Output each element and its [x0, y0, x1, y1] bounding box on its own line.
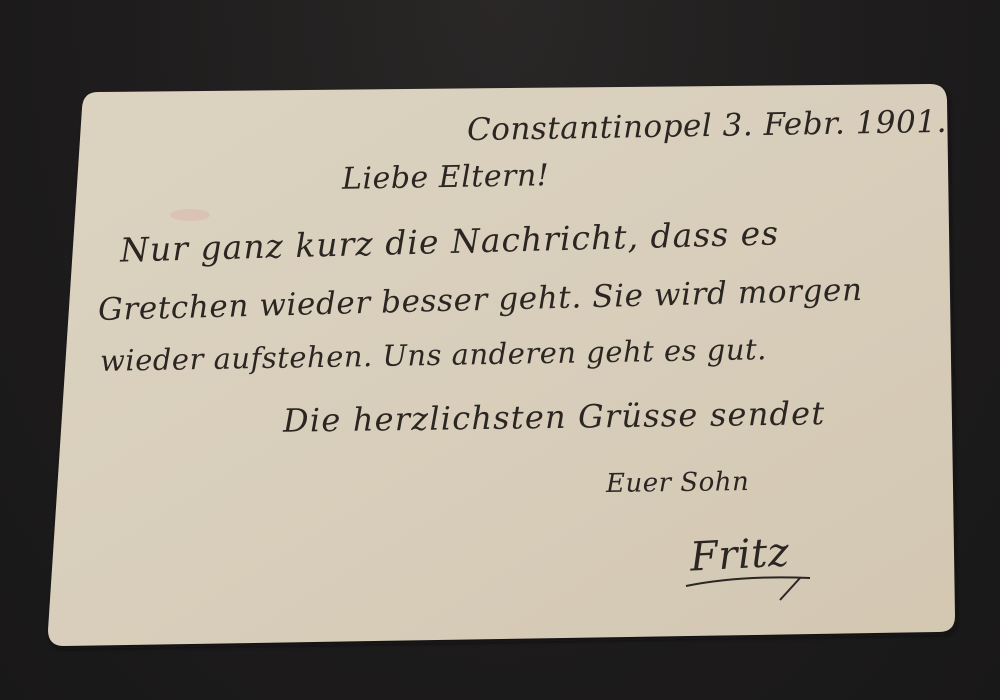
greeting: Liebe Eltern! [342, 158, 550, 197]
sender-line: Euer Sohn [606, 467, 750, 499]
closing-line: Die herzlichsten Grüsse sendet [283, 394, 826, 440]
signature: Fritz [689, 529, 791, 580]
postcard: Constantinopel 3. Febr. 1901. Liebe Elte… [0, 0, 1000, 700]
pink-stain [170, 209, 210, 221]
